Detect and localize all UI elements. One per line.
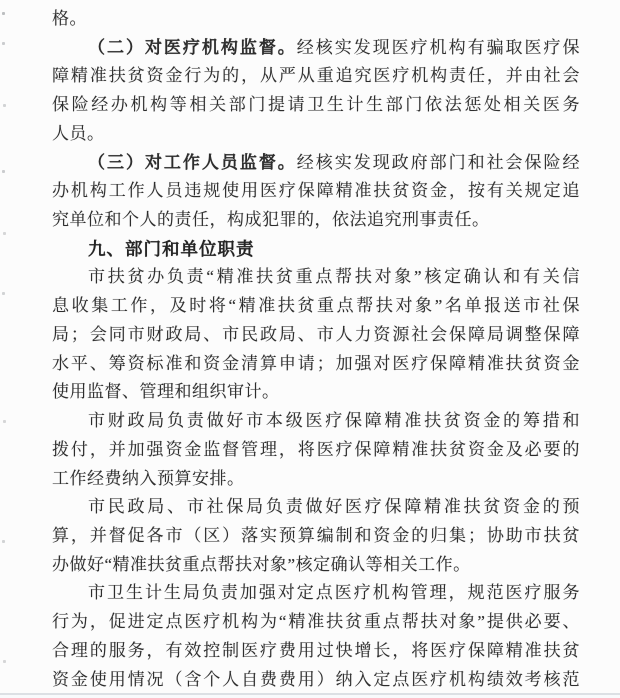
line-text: 息收集工作，及时将“精准扶贫重点帮扶对象”名单报送市社保: [52, 296, 580, 315]
line-text: 工作经费纳入预算安排。: [52, 469, 245, 488]
text-line: 保险经办机构等相关部门提请卫生计生部门依法惩处相关医务: [52, 91, 580, 120]
line-text: 市民政局、市社保局负责做好医疗保障精准扶贫资金的预: [88, 497, 580, 516]
line-text: 水平、筹资标准和资金清算申请；加强对医疗保障精准扶贫资金: [52, 354, 580, 373]
text-line: 工作经费纳入预算安排。: [52, 465, 580, 494]
text-line: 障精准扶贫资金行为的，从严从重追究医疗机构责任，并由社会: [52, 62, 580, 91]
text-line: 市扶贫办负责“精准扶贫重点帮扶对象”核定确认和有关信: [52, 263, 580, 292]
text-line: 算，并督促各市（区）落实预算编制和资金的归集；协助市扶贫: [52, 522, 580, 551]
bold-lead-in: （三）对工作人员监督。: [88, 153, 297, 172]
line-text: 办机构工作人员违规使用医疗保障精准扶贫资金，按有关规定追: [52, 181, 580, 200]
scan-noise-specks: [2, 12, 5, 15]
text-line: 局；会同市财政局、市民政局、市人力资源社会保障局调整保障: [52, 321, 580, 350]
text-line: （三）对工作人员监督。经核实发现政府部门和社会保险经: [52, 149, 580, 178]
text-line: 格。: [52, 5, 580, 34]
document-page: 格。 （二）对医疗机构监督。经核实发现医疗机构有骗取医疗保 障精准扶贫资金行为的…: [0, 0, 620, 698]
section-heading: 九、部门和单位职责: [52, 235, 580, 264]
line-text: 办做好“精准扶贫重点帮扶对象”核定确认等相关工作。: [52, 555, 471, 574]
text-line: 使用监督、管理和组织审计。: [52, 378, 580, 407]
text-line: 资金使用情况（含个人自费费用）纳入定点医疗机构绩效考核范: [52, 666, 580, 695]
text-line: 办做好“精准扶贫重点帮扶对象”核定确认等相关工作。: [52, 551, 580, 580]
heading-text: 九、部门和单位职责: [88, 239, 255, 259]
line-text: 市卫生计生局负责加强对定点医疗机构管理，规范医疗服务: [88, 583, 580, 602]
text-line: （二）对医疗机构监督。经核实发现医疗机构有骗取医疗保: [52, 34, 580, 63]
text-line: 水平、筹资标准和资金清算申请；加强对医疗保障精准扶贫资金: [52, 350, 580, 379]
text-line: 市财政局负责做好市本级医疗保障精准扶贫资金的筹措和: [52, 407, 580, 436]
line-text: 经核实发现政府部门和社会保险经: [297, 153, 580, 172]
line-text: 资金使用情况（含个人自费费用）纳入定点医疗机构绩效考核范: [52, 670, 580, 689]
line-text: 保险经办机构等相关部门提请卫生计生部门依法惩处相关医务: [52, 95, 580, 114]
text-line: 合理的服务，有效控制医疗费用过快增长，将医疗保障精准扶贫: [52, 637, 580, 666]
line-text: 经核实发现医疗机构有骗取医疗保: [297, 38, 580, 57]
line-text: 合理的服务，有效控制医疗费用过快增长，将医疗保障精准扶贫: [52, 641, 580, 660]
text-line: 市民政局、市社保局负责做好医疗保障精准扶贫资金的预: [52, 493, 580, 522]
bold-lead-in: （二）对医疗机构监督。: [88, 38, 297, 57]
text-line: 拨付，并加强资金监督管理，将医疗保障精准扶贫资金及必要的: [52, 436, 580, 465]
line-text: 局；会同市财政局、市民政局、市人力资源社会保障局调整保障: [52, 325, 580, 344]
line-text: 格。: [52, 9, 87, 28]
line-text: 拨付，并加强资金监督管理，将医疗保障精准扶贫资金及必要的: [52, 440, 580, 459]
line-text: 市财政局负责做好市本级医疗保障精准扶贫资金的筹措和: [88, 411, 580, 430]
line-text: 人员。: [52, 124, 105, 143]
line-text: 障精准扶贫资金行为的，从严从重追究医疗机构责任，并由社会: [52, 66, 580, 85]
line-text: 行为，促进定点医疗机构为“精准扶贫重点帮扶对象”提供必要、: [52, 612, 580, 631]
line-text: 使用监督、管理和组织审计。: [52, 382, 280, 401]
text-line: 行为，促进定点医疗机构为“精准扶贫重点帮扶对象”提供必要、: [52, 608, 580, 637]
page-bottom-margin: [0, 695, 620, 698]
text-line: 办机构工作人员违规使用医疗保障精准扶贫资金，按有关规定追: [52, 177, 580, 206]
text-line: 息收集工作，及时将“精准扶贫重点帮扶对象”名单报送市社保: [52, 292, 580, 321]
line-text: 市扶贫办负责“精准扶贫重点帮扶对象”核定确认和有关信: [88, 267, 580, 286]
line-text: 究单位和个人的责任，构成犯罪的，依法追究刑事责任。: [52, 210, 490, 229]
line-text: 算，并督促各市（区）落实预算编制和资金的归集；协助市扶贫: [52, 526, 580, 545]
text-line: 人员。: [52, 120, 580, 149]
text-line: 市卫生计生局负责加强对定点医疗机构管理，规范医疗服务: [52, 579, 580, 608]
document-text-block: 格。 （二）对医疗机构监督。经核实发现医疗机构有骗取医疗保 障精准扶贫资金行为的…: [52, 5, 580, 694]
text-line: 究单位和个人的责任，构成犯罪的，依法追究刑事责任。: [52, 206, 580, 235]
